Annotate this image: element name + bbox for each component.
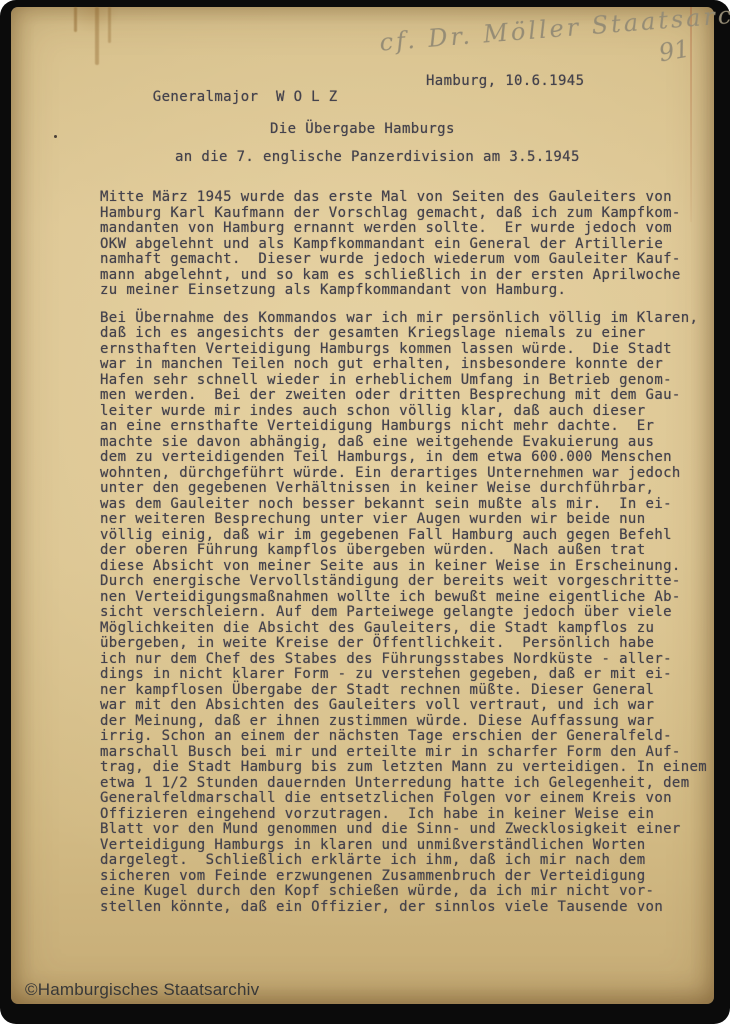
text-line: men werden. Bei der zweiten oder dritten… [100, 388, 718, 404]
text-line: Hafen sehr schnell wieder in erheblichem… [100, 373, 718, 389]
text-line: daß ich es angesichts der gesamten Krieg… [100, 326, 718, 342]
text-line: Durch energische Vervollständigung der b… [100, 574, 718, 590]
text-line: dem zu verteidigenden Teil Hamburgs, in … [100, 450, 718, 466]
photo-background-frame: cf. Dr. Möller Staatsarchiv 91 Generalma… [0, 0, 730, 1024]
handwritten-number: 91 [657, 35, 692, 68]
text-line: was dem Gauleiter noch besser bekannt se… [100, 497, 718, 513]
scanned-document-page: cf. Dr. Möller Staatsarchiv 91 Generalma… [11, 7, 714, 1004]
text-line: Verteidigung Hamburgs in klaren und unmi… [100, 838, 718, 854]
document-title-line1: Die Übergabe Hamburgs [270, 121, 455, 137]
text-line: stellen könnte, daß ein Offizier, der si… [100, 900, 718, 916]
text-line: dargelegt. Schließlich erklärte ich ihm,… [100, 853, 718, 869]
stain-drip-mark [95, 7, 99, 65]
stain-drip-mark [108, 7, 111, 43]
text-line: Hamburg Karl Kaufmann der Vorschlag gema… [100, 206, 718, 222]
ink-speck [54, 135, 57, 138]
text-line: eine Kugel durch den Kopf schießen würde… [100, 884, 718, 900]
text-line: der oberen Führung kampflos übergeben wü… [100, 543, 718, 559]
text-line: trag, die Stadt Hamburg bis zum letzten … [100, 760, 718, 776]
text-line: der Meinung, daß er ihnen zustimmen würd… [100, 714, 718, 730]
text-line: namhaft gemacht. Dieser wurde jedoch wie… [100, 252, 718, 268]
stain-drip-mark [74, 7, 77, 32]
text-line: unter den gegebenen Verhältnissen in kei… [100, 481, 718, 497]
text-line: OKW abgelehnt und als Kampfkommandant ei… [100, 237, 718, 253]
document-title-line2: an die 7. englische Panzerdivision am 3.… [175, 149, 580, 165]
text-line: dings in nicht klarer Form - zu verstehe… [100, 667, 718, 683]
text-line: war mit den Absichten des Gauleiters vol… [100, 698, 718, 714]
text-line: etwa 1 1/2 Stunden dauernden Unterredung… [100, 776, 718, 792]
author-name: Generalmajor W O L Z [153, 89, 338, 105]
text-line: zu meiner Einsetzung als Kampfkommandant… [100, 283, 718, 299]
text-line: sicheren vom Feinde erzwungenen Zusammen… [100, 869, 718, 885]
text-line: leiter wurde mir indes auch schon völlig… [100, 404, 718, 420]
paragraph: Bei Übernahme des Kommandos war ich mir … [100, 311, 718, 916]
text-line: nen Verteidigungsmaßnahmen wollte ich be… [100, 590, 718, 606]
text-line: Generalfeldmarschall die entsetzlichen F… [100, 791, 718, 807]
text-line: ner weiteren Besprechung unter vier Auge… [100, 512, 718, 528]
text-line: war in manchen Teilen noch gut erhalten,… [100, 357, 718, 373]
text-line: an eine ernsthafte Verteidigung Hamburgs… [100, 419, 718, 435]
text-line: marschall Busch bei mir und erteilte mir… [100, 745, 718, 761]
text-line: Offizieren eingehend vorzutragen. Ich ha… [100, 807, 718, 823]
text-line: Blatt vor den Mund genommen und die Sinn… [100, 822, 718, 838]
text-line: ernsthaften Verteidigung Hamburgs kommen… [100, 342, 718, 358]
text-line: ich nur dem Chef des Stabes des Führungs… [100, 652, 718, 668]
paragraph: Mitte März 1945 wurde das erste Mal von … [100, 190, 718, 299]
place-and-date: Hamburg, 10.6.1945 [426, 73, 584, 89]
text-line: Möglichkeiten die Absicht des Gauleiters… [100, 621, 718, 637]
text-line: ner kampflosen Übergabe der Stadt rechne… [100, 683, 718, 699]
text-line: Bei Übernahme des Kommandos war ich mir … [100, 311, 718, 327]
text-line: sicht verschleiern. Auf dem Parteiwege g… [100, 605, 718, 621]
text-line: wohnten, dürchgeführt würde. Ein derarti… [100, 466, 718, 482]
text-line: mandanten von Hamburg ernannt werden sol… [100, 221, 718, 237]
text-line: machte sie davon abhängig, daß eine weit… [100, 435, 718, 451]
document-body: Mitte März 1945 wurde das erste Mal von … [100, 190, 718, 927]
text-line: übergeben, in weite Kreise der Öffentlic… [100, 636, 718, 652]
text-line: mann abgelehnt, und so kam es schließlic… [100, 268, 718, 284]
text-line: irrig. Schon an einem der nächsten Tage … [100, 729, 718, 745]
text-line: völlig einig, daß wir im gegebenen Fall … [100, 528, 718, 544]
text-line: Mitte März 1945 wurde das erste Mal von … [100, 190, 718, 206]
text-line: diese Absicht von meiner Seite aus in ke… [100, 559, 718, 575]
copyright-notice: ©Hamburgisches Staatsarchiv [25, 980, 259, 1000]
